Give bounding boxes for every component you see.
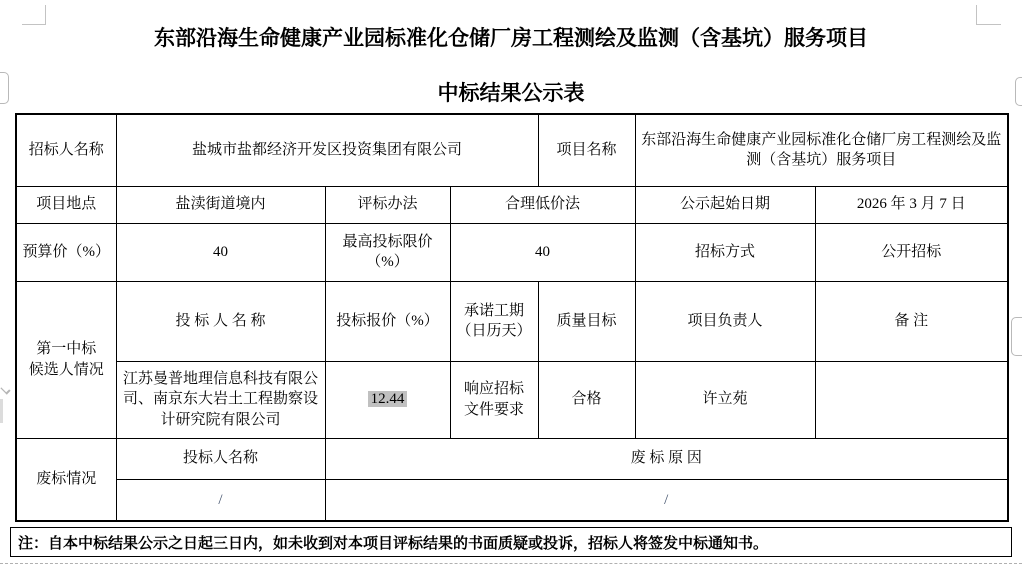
tender-mode-value: 公开招标 bbox=[815, 223, 1008, 281]
remark-value bbox=[815, 361, 1008, 438]
bid-price-header: 投标报价（%） bbox=[325, 281, 450, 361]
bidder-name-value: 盐城市盐都经济开发区投资集团有限公司 bbox=[116, 114, 538, 186]
table-row: 废标情况 投标人名称 废 标 原 因 bbox=[16, 438, 1008, 479]
chevron-down-icon[interactable] bbox=[0, 384, 10, 394]
remark-header: 备 注 bbox=[815, 281, 1008, 361]
table-row: 预算价（%） 40 最高投标限价 （%） 40 招标方式 公开招标 bbox=[16, 223, 1008, 281]
project-name-label: 项目名称 bbox=[538, 114, 635, 186]
document-subtitle: 中标结果公示表 bbox=[0, 83, 1022, 104]
rejected-reason-value: / bbox=[325, 479, 1008, 521]
footer-note: 注：自本中标结果公示之日起三日内，如未收到对本项目评标结果的书面质疑或投诉，招标… bbox=[10, 527, 1012, 557]
rejected-bid-section-label: 废标情况 bbox=[16, 438, 116, 521]
budget-price-label: 预算价（%） bbox=[16, 223, 116, 281]
tender-mode-label: 招标方式 bbox=[635, 223, 815, 281]
first-candidate-section-label: 第一中标 候选人情况 bbox=[16, 281, 116, 438]
publicity-start-date-label: 公示起始日期 bbox=[635, 186, 815, 223]
left-margin-bar bbox=[0, 399, 3, 423]
footer-note-text: 注：自本中标结果公示之日起三日内，如未收到对本项目评标结果的书面质疑或投诉，招标… bbox=[18, 532, 768, 553]
bid-price-value: 12.44 bbox=[325, 361, 450, 438]
publicity-start-date-value: 2026 年 3 月 7 日 bbox=[815, 186, 1008, 223]
budget-price-value: 40 bbox=[116, 223, 325, 281]
rejected-reason-header: 废 标 原 因 bbox=[325, 438, 1008, 479]
quality-goal-value: 合格 bbox=[538, 361, 635, 438]
table-row: 江苏曼普地理信息科技有限公司、南京东大岩土工程勘察设计研究院有限公司 12.44… bbox=[16, 361, 1008, 438]
table-row: / / bbox=[16, 479, 1008, 521]
evaluation-method-label: 评标办法 bbox=[325, 186, 450, 223]
table-row: 第一中标 候选人情况 投 标 人 名 称 投标报价（%） 承诺工期 （日历天） … bbox=[16, 281, 1008, 361]
project-location-label: 项目地点 bbox=[16, 186, 116, 223]
project-location-value: 盐渎街道境内 bbox=[116, 186, 325, 223]
page-break-dashed-line bbox=[0, 563, 1022, 564]
promised-duration-value: 响应招标 文件要求 bbox=[450, 361, 538, 438]
project-manager-header: 项目负责人 bbox=[635, 281, 815, 361]
rejected-bidder-name-value: / bbox=[116, 479, 325, 521]
project-manager-value: 许立苑 bbox=[635, 361, 815, 438]
right-edge-fragment-middle bbox=[1011, 317, 1022, 356]
evaluation-method-value: 合理低价法 bbox=[450, 186, 635, 223]
candidate-name-value: 江苏曼普地理信息科技有限公司、南京东大岩土工程勘察设计研究院有限公司 bbox=[116, 361, 325, 438]
highlighted-bid-price: 12.44 bbox=[368, 391, 408, 407]
max-bid-limit-value: 40 bbox=[450, 223, 635, 281]
rejected-bidder-name-header: 投标人名称 bbox=[116, 438, 325, 479]
document-title: 东部沿海生命健康产业园标准化仓储厂房工程测绘及监测（含基坑）服务项目 bbox=[0, 28, 1022, 49]
crop-mark-top-right bbox=[976, 5, 1001, 25]
crop-mark-top-left bbox=[22, 5, 46, 25]
table-row: 招标人名称 盐城市盐都经济开发区投资集团有限公司 项目名称 东部沿海生命健康产业… bbox=[16, 114, 1008, 186]
quality-goal-header: 质量目标 bbox=[538, 281, 635, 361]
max-bid-limit-label: 最高投标限价 （%） bbox=[325, 223, 450, 281]
candidate-name-header: 投 标 人 名 称 bbox=[116, 281, 325, 361]
project-name-value: 东部沿海生命健康产业园标准化仓储厂房工程测绘及监测（含基坑）服务项目 bbox=[635, 114, 1008, 186]
promised-duration-header: 承诺工期 （日历天） bbox=[450, 281, 538, 361]
bidder-name-label: 招标人名称 bbox=[16, 114, 116, 186]
table-row: 项目地点 盐渎街道境内 评标办法 合理低价法 公示起始日期 2026 年 3 月… bbox=[16, 186, 1008, 223]
bid-result-table: 招标人名称 盐城市盐都经济开发区投资集团有限公司 项目名称 东部沿海生命健康产业… bbox=[15, 113, 1009, 522]
